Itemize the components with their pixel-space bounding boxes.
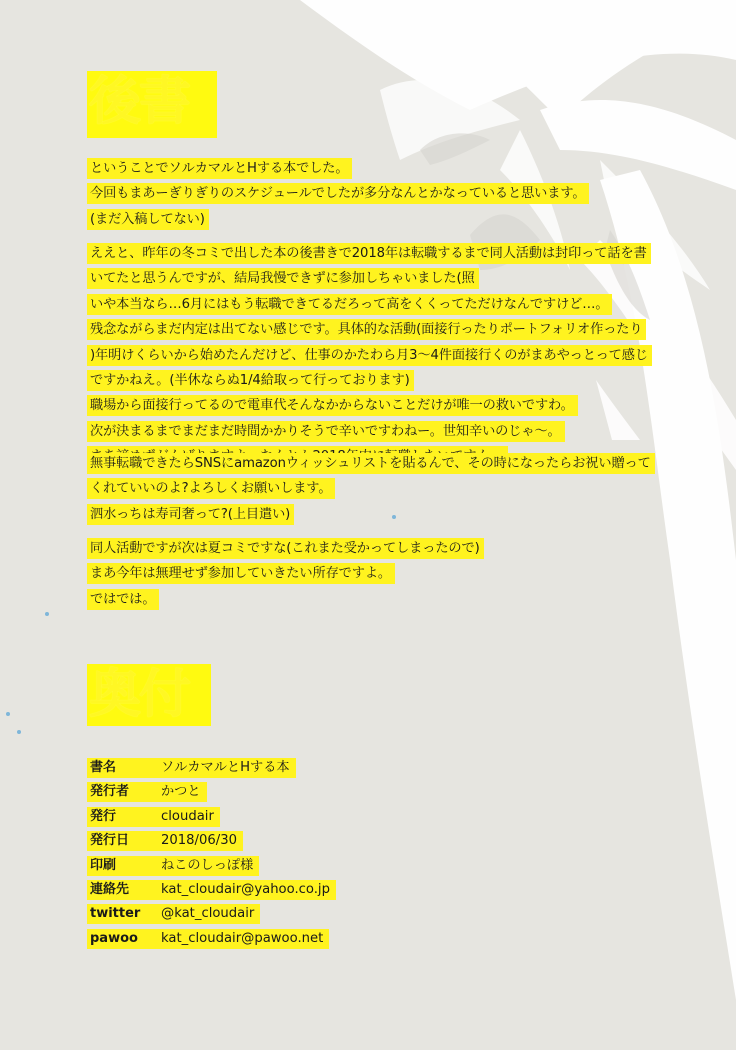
text-line: )年明けくらいから始めたんだけど、仕事のかたわら月3～4件面接行くのがまあやっと… xyxy=(87,345,652,366)
colophon-row: 発行 cloudair xyxy=(87,807,336,827)
colophon-row: 発行者 かつと xyxy=(87,782,336,802)
colophon-value: kat_cloudair@yahoo.co.jp xyxy=(156,880,336,900)
colophon-table: 書名 ソルカマルとHする本 発行者 かつと 発行 cloudair 発行日 20… xyxy=(87,758,336,953)
colophon-key: 書名 xyxy=(87,758,156,778)
colophon-key: 発行者 xyxy=(87,782,156,802)
text-line: 今回もまあーぎりぎりのスケジュールでしたが多分なんとかなっていると思います。 xyxy=(87,183,589,204)
text-line: ええと、昨年の冬コミで出した本の後書きで2018年は転職するまで同人活動は封印っ… xyxy=(87,243,651,264)
colophon-row: pawoo kat_cloudair@pawoo.net xyxy=(87,929,336,949)
page-content: 後書 ということでソルカマルとHする本でした。 今回もまあーぎりぎりのスケジュー… xyxy=(0,0,736,1050)
afterword-paragraph-1: ということでソルカマルとHする本でした。 今回もまあーぎりぎりのスケジュールでし… xyxy=(87,158,589,234)
text-line: 残念ながらまだ内定は出てない感じです。具体的な活動(面接行ったりポートフォリオ作… xyxy=(87,319,646,340)
colophon-value: kat_cloudair@pawoo.net xyxy=(156,929,329,949)
colophon-heading: 奥付 xyxy=(87,664,211,726)
colophon-value: @kat_cloudair xyxy=(156,904,260,924)
text-line: 次が決まるまでまだまだ時間かかりそうで辛いですわねー。世知辛いのじゃ～。 xyxy=(87,421,565,442)
text-line: 泗水っちは寿司奢って?(上目遣い) xyxy=(87,504,294,525)
colophon-value: ねこのしっぽ様 xyxy=(156,856,259,876)
text-line: 職場から面接行ってるので電車代そんなかからないことだけが唯一の救いですわ。 xyxy=(87,395,578,416)
text-line: (まだ入稿してない) xyxy=(87,209,209,230)
text-line: ではでは。 xyxy=(87,589,159,610)
text-line: いてたと思うんですが、結局我慢できずに参加しちゃいました(照 xyxy=(87,268,479,289)
colophon-key: pawoo xyxy=(87,929,156,949)
colophon-value: cloudair xyxy=(156,807,220,827)
afterword-heading: 後書 xyxy=(87,71,217,138)
afterword-paragraph-3: 無事転職できたらSNSにamazonウィッシュリストを貼るんで、その時になったら… xyxy=(87,453,655,529)
colophon-key: twitter xyxy=(87,904,156,924)
text-line: まあ今年は無理せず参加していきたい所存ですよ。 xyxy=(87,563,395,584)
text-line: 同人活動ですが次は夏コミですな(これまた受かってしまったので) xyxy=(87,538,484,559)
text-line: ということでソルカマルとHする本でした。 xyxy=(87,158,352,179)
colophon-row: 連絡先 kat_cloudair@yahoo.co.jp xyxy=(87,880,336,900)
colophon-row: 印刷 ねこのしっぽ様 xyxy=(87,856,336,876)
text-line: ですかねえ。(半休ならぬ1/4給取って行っております) xyxy=(87,370,414,391)
text-line: 無事転職できたらSNSにamazonウィッシュリストを貼るんで、その時になったら… xyxy=(87,453,655,474)
colophon-key: 発行日 xyxy=(87,831,156,851)
colophon-row: 発行日 2018/06/30 xyxy=(87,831,336,851)
colophon-value: ソルカマルとHする本 xyxy=(156,758,296,778)
colophon-key: 印刷 xyxy=(87,856,156,876)
afterword-paragraph-4: 同人活動ですが次は夏コミですな(これまた受かってしまったので) まあ今年は無理せ… xyxy=(87,538,484,614)
text-line: くれていいのよ?よろしくお願いします。 xyxy=(87,478,335,499)
colophon-row: 書名 ソルカマルとHする本 xyxy=(87,758,336,778)
colophon-value: 2018/06/30 xyxy=(156,831,243,851)
colophon-value: かつと xyxy=(156,782,207,802)
text-line: いや本当なら…6月にはもう転職できてるだろって高をくくってただけなんですけど…。 xyxy=(87,294,612,315)
colophon-row: twitter @kat_cloudair xyxy=(87,904,336,924)
colophon-key: 発行 xyxy=(87,807,156,827)
afterword-paragraph-2: ええと、昨年の冬コミで出した本の後書きで2018年は転職するまで同人活動は封印っ… xyxy=(87,243,652,472)
colophon-key: 連絡先 xyxy=(87,880,156,900)
